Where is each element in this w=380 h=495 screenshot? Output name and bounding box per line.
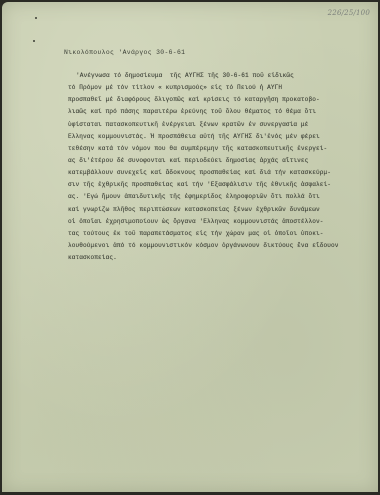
text-line: 'Ανέγνωσα τό δημοσίευμα τῆς ΑΥΓΗΣ τῆς 30… — [68, 70, 368, 82]
text-line: οἱ ὁποῖαι ἐχρησιμοποίουν ὡς ὄργανα 'Ελλη… — [68, 216, 368, 228]
text-line: σιν τῆς ἐχθρικῆς προσπαθείας καί τήν 'Εξ… — [68, 179, 368, 191]
text-line: τό Πρόμον μέ τόν τίτλον « κυπρισμούς» εἰ… — [68, 82, 368, 94]
margin-mark — [33, 40, 35, 42]
text-line: λιαῶς καί πρό πάσης παραιτέρω ἐρεύνης το… — [68, 106, 368, 118]
text-line: ας. 'Εγώ ἤμουν ἀπαιδυτικῆς τῆς ἐφημερίδο… — [68, 191, 368, 203]
text-line: Ἕλληνας κομμουνιστάς. Ἡ προσπάθεια αὐτή … — [68, 131, 368, 143]
text-line: ὑφίσταται πατασκοπευτικῆ ἐνέργειαι ξένων… — [68, 119, 368, 131]
text-line: προσπαθεῖ μέ διαφόρους δλιγοπῶς καί κρίσ… — [68, 94, 368, 106]
text-line: ας δι'ἑτέρου δέ συνοφονται καί περιοδεύε… — [68, 155, 368, 167]
text-line: τεθέσην κατά τόν νόμον που θα συμπέρεμην… — [68, 143, 368, 155]
text-line: λουθούμενοι ἀπό τό κομμουνιστικόν κόσμον… — [68, 240, 368, 252]
document-body: 'Ανέγνωσα τό δημοσίευμα τῆς ΑΥΓΗΣ τῆς 30… — [68, 70, 368, 264]
archive-reference-number: 226/25/100 — [328, 9, 370, 17]
text-line: κατασκοπείας. — [68, 252, 368, 264]
text-line: καί γνωρίζω πλῆθος περιπτώσεων κατασκοπε… — [68, 204, 368, 216]
text-line: τας τούτους ἐκ τοῦ παραπετάσματος εἰς τή… — [68, 228, 368, 240]
margin-mark — [35, 17, 37, 19]
document-heading: Νικολόπουλος 'Ανάργος 30-6-61 — [64, 49, 185, 56]
text-line: κατεμβάλλουν συνεχεῖς καί ἄδοκνους προσπ… — [68, 167, 368, 179]
scanned-document-page: 226/25/100 Νικολόπουλος 'Ανάργος 30-6-61… — [2, 2, 378, 492]
